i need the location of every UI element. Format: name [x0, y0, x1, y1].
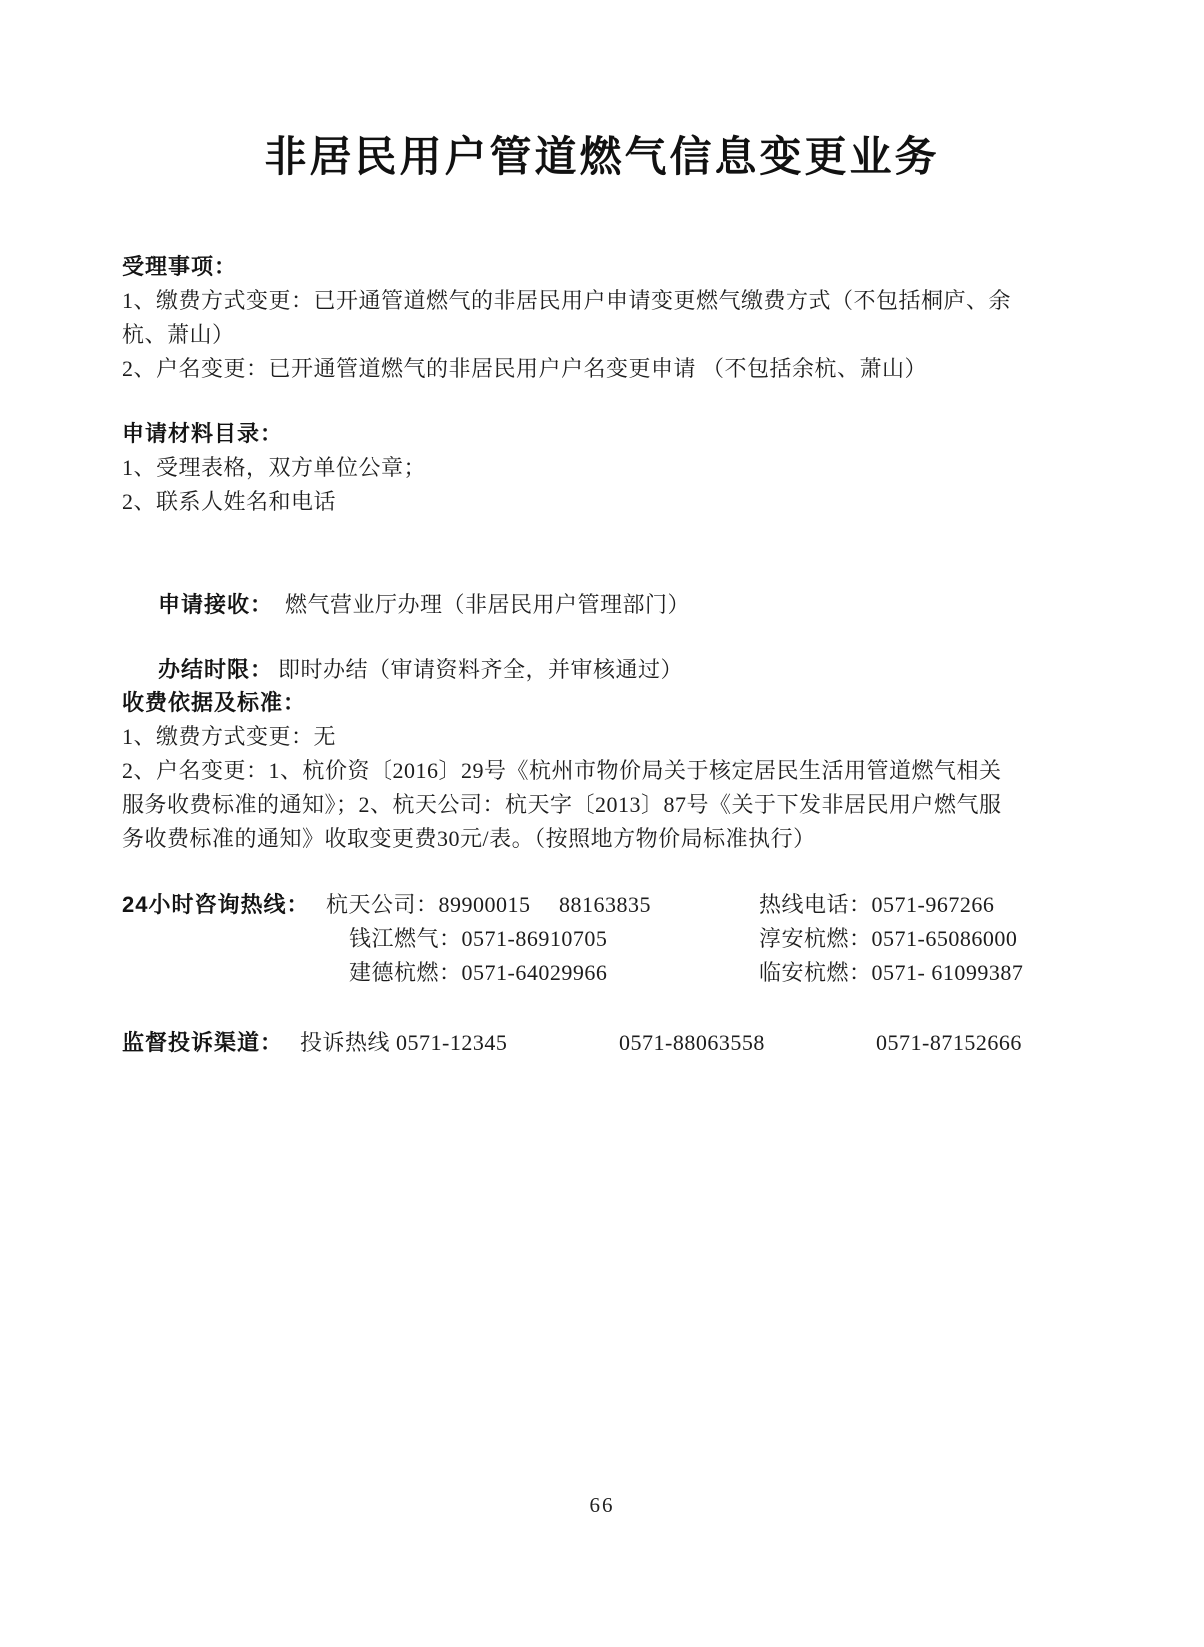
hotline-left-entry: 钱江燃气：0571-86910705 — [326, 922, 759, 956]
section-accept-matters: 受理事项： 1、缴费方式变更：已开通管道燃气的非居民用户申请变更燃气缴费方式（不… — [122, 250, 1067, 386]
page-title: 非居民用户管道燃气信息变更业务 — [0, 131, 1204, 183]
completion-deadline-text: 即时办结（审请资料齐全，并审核通过） — [278, 657, 683, 682]
fees-line: 务收费标准的通知》收取变更费30元/表。（按照地方物价局标准执行） — [122, 822, 1067, 856]
page-number: 66 — [0, 1492, 1204, 1518]
complaints-row: 监督投诉渠道： 投诉热线 0571-12345 0571-88063558 05… — [122, 1026, 1067, 1060]
materials-item: 2、联系人姓名和电话 — [122, 485, 1067, 519]
materials-heading: 申请材料目录： — [122, 417, 1067, 451]
hotline-heading: 24小时咨询热线： — [122, 888, 326, 922]
hotline-left-entry: 杭天公司：89900015 88163835 — [326, 888, 759, 922]
fees-line: 服务收费标准的通知》；2、杭天公司：杭天字〔2013〕87号《关于下发非居民用户… — [122, 788, 1067, 822]
complaint-phone: 0571-88063558 — [619, 1026, 876, 1060]
section-hotline: 24小时咨询热线： 杭天公司：89900015 88163835 热线电话：05… — [122, 888, 1067, 990]
accept-matters-line: 杭、萧山） — [122, 318, 1067, 352]
application-receive-text: 燃气营业厅办理（非居民用户管理部门） — [285, 592, 690, 617]
document-page: 非居民用户管道燃气信息变更业务 受理事项： 1、缴费方式变更：已开通管道燃气的非… — [0, 0, 1204, 1647]
hotline-row: 24小时咨询热线： 杭天公司：89900015 88163835 热线电话：05… — [122, 888, 1067, 922]
hotline-label-spacer — [122, 922, 326, 956]
application-receive-heading: 申请接收： — [158, 592, 273, 617]
hotline-row: 钱江燃气：0571-86910705 淳安杭燃：0571-65086000 — [122, 922, 1067, 956]
complaints-heading: 监督投诉渠道： — [122, 1026, 300, 1060]
complaint-phone: 0571-87152666 — [876, 1026, 1067, 1060]
fees-line: 2、户名变更：1、杭价资〔2016〕29号《杭州市物价局关于核定居民生活用管道燃… — [122, 754, 1067, 788]
accept-matters-line: 2、户名变更：已开通管道燃气的非居民用户户名变更申请 （不包括余杭、萧山） — [122, 352, 1067, 386]
hotline-right-entry: 临安杭燃：0571- 61099387 — [759, 956, 1067, 990]
hotline-right-entry: 淳安杭燃：0571-65086000 — [759, 922, 1067, 956]
hotline-right-entry: 热线电话：0571-967266 — [759, 888, 1067, 922]
section-fees: 收费依据及标准： 1、缴费方式变更：无 2、户名变更：1、杭价资〔2016〕29… — [122, 686, 1067, 856]
accept-matters-heading: 受理事项： — [122, 250, 1067, 284]
hotline-row: 建德杭燃：0571-64029966 临安杭燃：0571- 61099387 — [122, 956, 1067, 990]
section-complaints: 监督投诉渠道： 投诉热线 0571-12345 0571-88063558 05… — [122, 1026, 1067, 1060]
hotline-left-entry: 建德杭燃：0571-64029966 — [326, 956, 759, 990]
accept-matters-line: 1、缴费方式变更：已开通管道燃气的非居民用户申请变更燃气缴费方式（不包括桐庐、余 — [122, 284, 1067, 318]
fees-line: 1、缴费方式变更：无 — [122, 720, 1067, 754]
fees-heading: 收费依据及标准： — [122, 686, 1067, 720]
materials-item: 1、受理表格，双方单位公章； — [122, 451, 1067, 485]
hotline-label-spacer — [122, 956, 326, 990]
completion-deadline-heading: 办结时限： — [158, 657, 273, 682]
section-materials: 申请材料目录： 1、受理表格，双方单位公章； 2、联系人姓名和电话 — [122, 417, 1067, 519]
complaint-phone: 投诉热线 0571-12345 — [300, 1026, 619, 1060]
